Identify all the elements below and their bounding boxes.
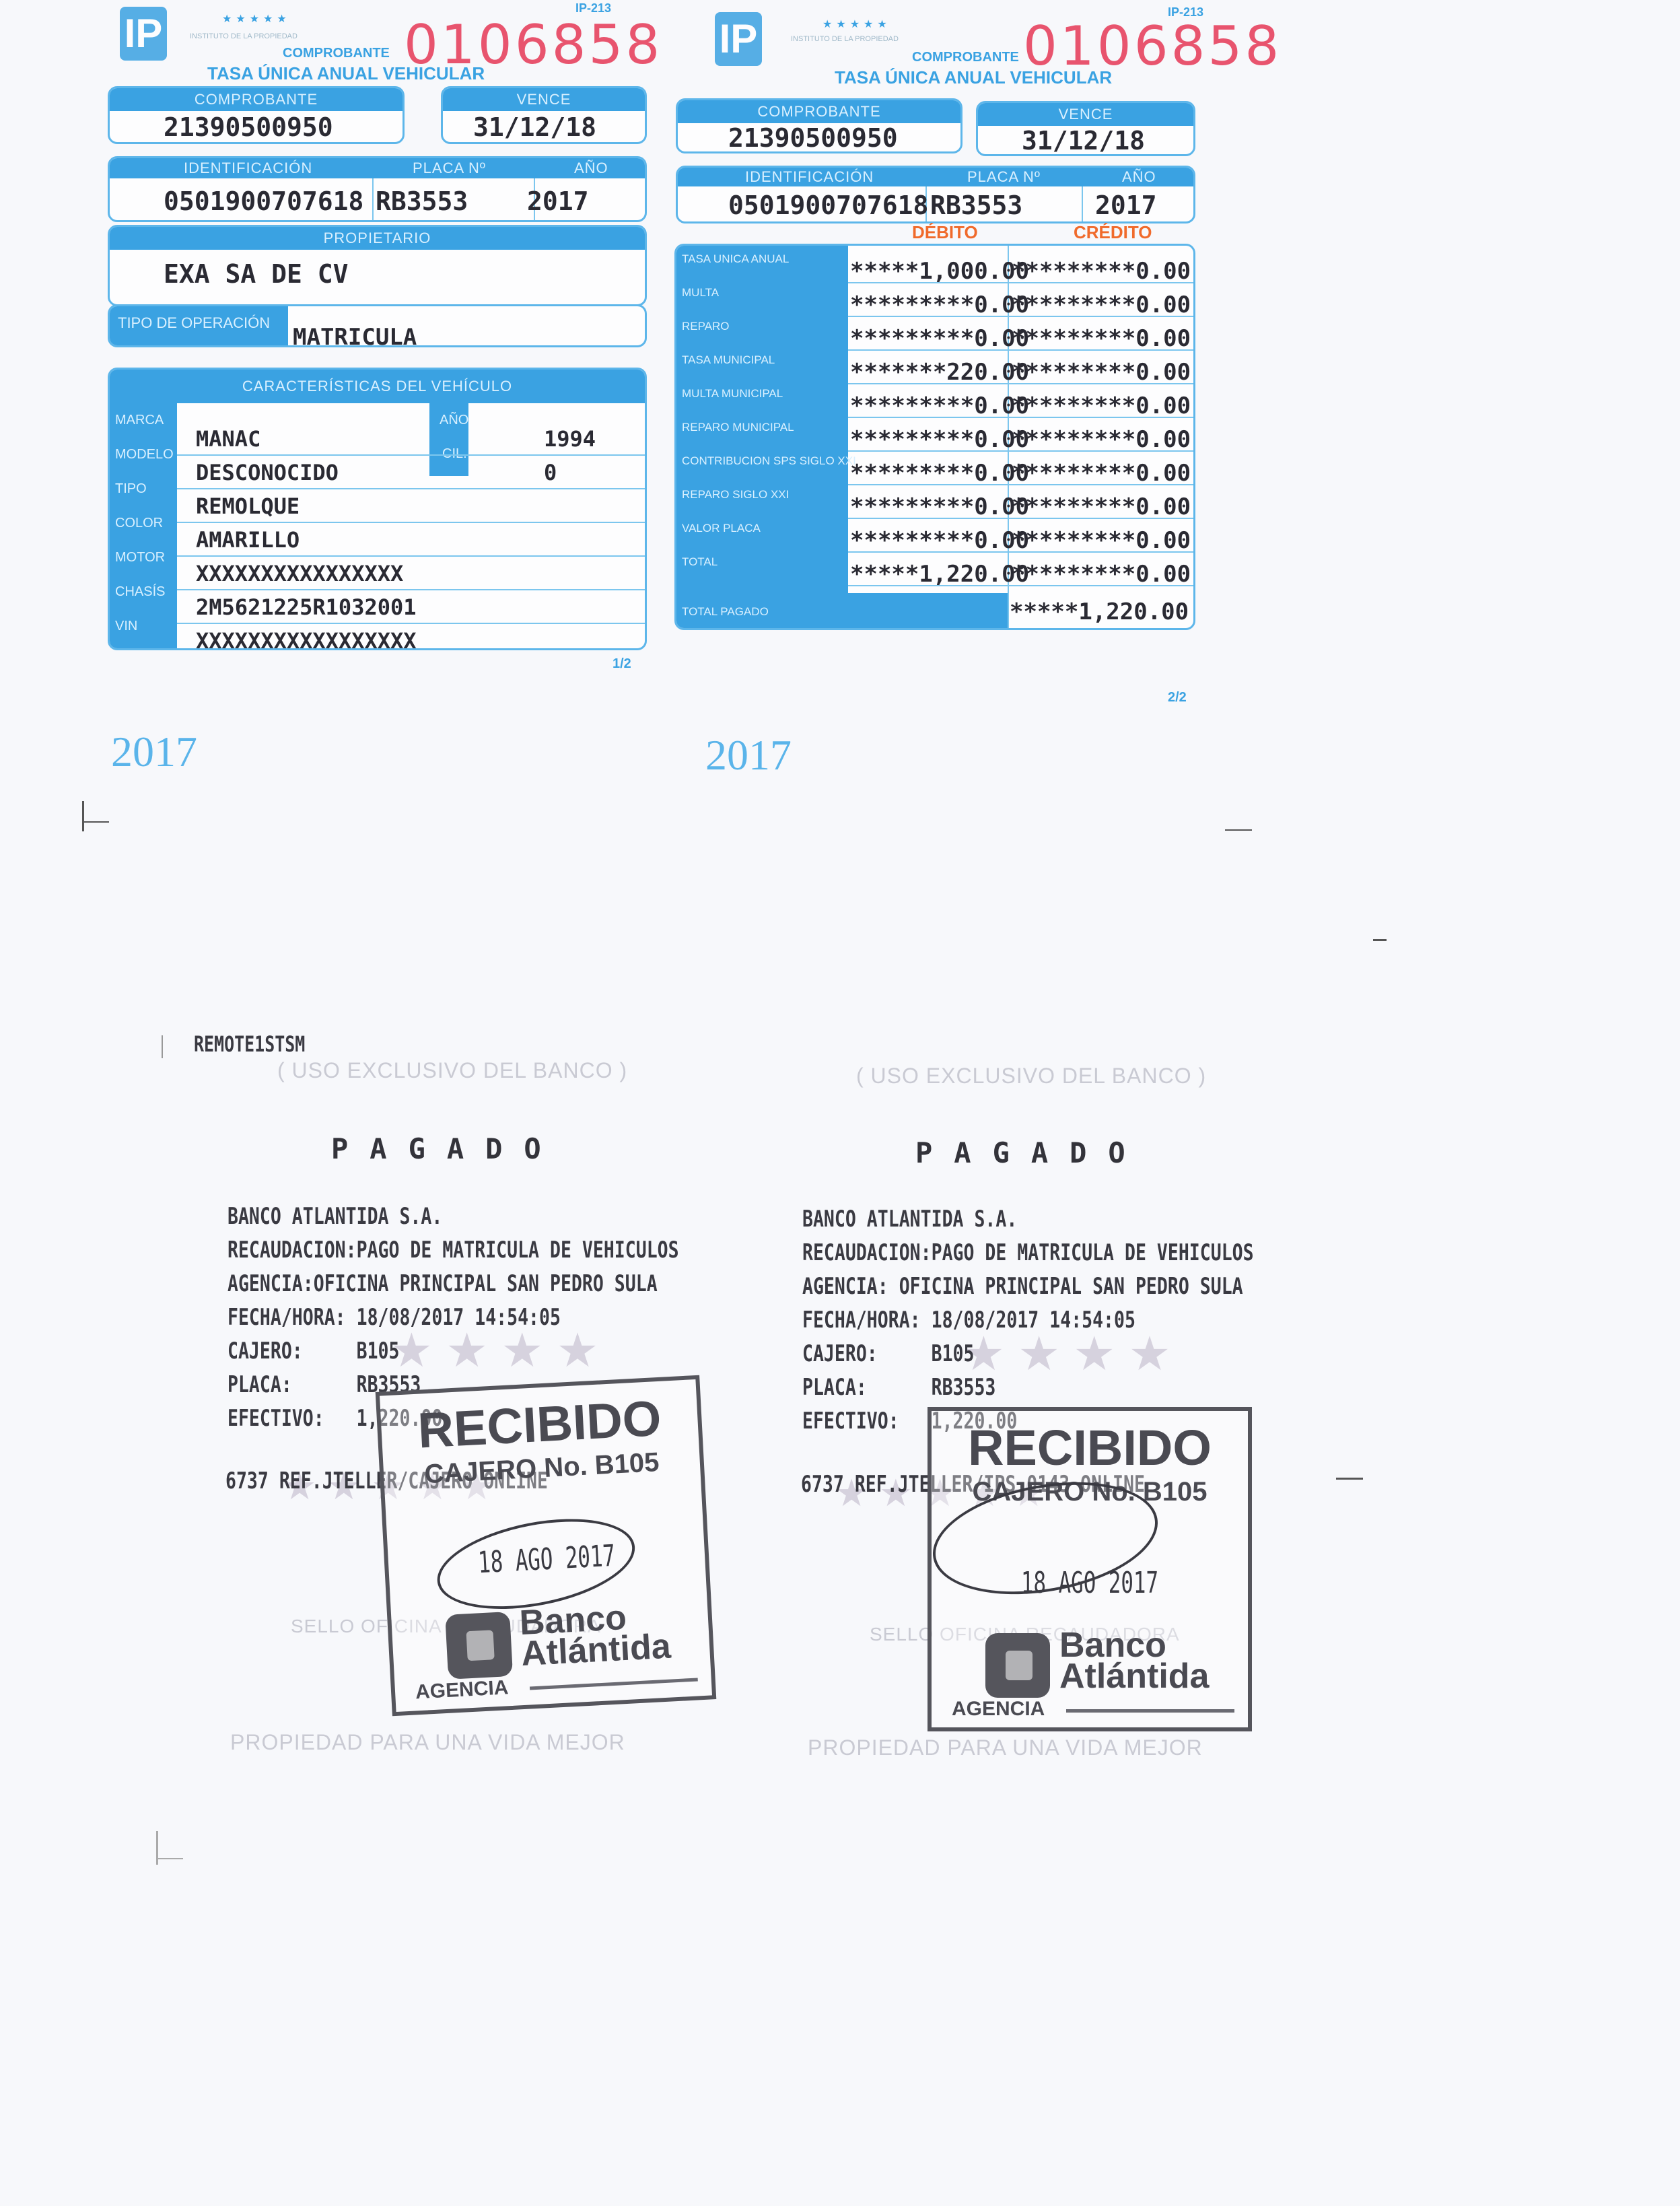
vehicle-field-value: DESCONOCIDO [196, 460, 339, 485]
receipt-line: RECAUDACION:PAGO DE MATRICULA DE VEHICUL… [228, 1233, 679, 1267]
charge-label: VALOR PLACA [682, 522, 761, 535]
vehicle-field-value: AMARILLO [196, 527, 300, 553]
charge-credito: *********0.00 [1012, 359, 1191, 386]
identificacion-label: IDENTIFICACIÓN [184, 158, 312, 178]
institution-subtitle: INSTITUTO DE LA PROPIEDAD [791, 35, 899, 43]
total-pagado-value: *****1,220.00 [1010, 598, 1189, 625]
placa-value: RB3553 [376, 186, 468, 216]
banco-atlantida-logo-icon [445, 1612, 513, 1680]
charge-credito: *********0.00 [1012, 392, 1191, 419]
stamp-title: RECIBIDO [932, 1419, 1248, 1476]
vence-field: VENCE 31/12/18 [441, 86, 647, 144]
year-watermark: 2017 [111, 727, 197, 777]
identificacion-row: IDENTIFICACIÓN PLACA Nº AÑO 050190070761… [108, 156, 647, 222]
charge-debito: *********0.00 [850, 493, 1029, 520]
comprobante-label: COMPROBANTE [912, 50, 1019, 65]
charge-label: TOTAL [682, 555, 717, 569]
vehicle-anio-value: 1994 [544, 426, 596, 452]
vence-field: VENCE 31/12/18 [976, 101, 1195, 156]
charge-label: CONTRIBUCION SPS SIGLO XXI [682, 454, 856, 468]
receipt-line: AGENCIA: OFICINA PRINCIPAL SAN PEDRO SUL… [802, 1270, 1254, 1303]
slogan: PROPIEDAD PARA UNA VIDA MEJOR [230, 1730, 625, 1755]
uso-exclusivo-label: ( USO EXCLUSIVO DEL BANCO ) [277, 1058, 627, 1083]
anio-value: 2017 [1095, 191, 1157, 220]
vence-header: VENCE [978, 103, 1193, 126]
vehicle-cil-value: 0 [544, 460, 557, 485]
terminal-id: REMOTE1STSM [194, 1031, 305, 1057]
ip-logo: IP [715, 12, 762, 66]
comprobante-header: COMPROBANTE [678, 100, 960, 123]
charge-credito: *********0.00 [1012, 258, 1191, 285]
vehicle-field-label: MODELO [115, 447, 174, 462]
recibido-stamp: RECIBIDO CAJERO No. B105 18 AGO 2017 Ban… [376, 1375, 717, 1717]
charge-label: TASA MUNICIPAL [682, 353, 775, 367]
stamp-bank-line2: Atlántida [1059, 1661, 1209, 1692]
placa-value: RB3553 [930, 191, 1022, 220]
vehicle-characteristics: CARACTERÍSTICAS DEL VEHÍCULO AÑO CIL. 19… [108, 368, 647, 650]
vehicle-field-label: MARCA [115, 413, 164, 428]
charge-label: REPARO [682, 320, 730, 333]
charge-debito: *****1,220.00 [850, 561, 1029, 588]
tipo-operacion-field: TIPO DE OPERACIÓN MATRICULA [108, 304, 647, 347]
vehicle-field-value: XXXXXXXXXXXXXXXX [196, 561, 403, 586]
identificacion-value: 0501900707618 [728, 191, 928, 220]
page-number: 1/2 [612, 656, 631, 672]
vehicle-field-label: MOTOR [115, 550, 165, 565]
charge-debito: *********0.00 [850, 392, 1029, 419]
vehicle-field-label: COLOR [115, 516, 163, 531]
debito-label: DÉBITO [912, 222, 978, 243]
placa-label: PLACA Nº [967, 168, 1041, 186]
vence-value: 31/12/18 [1022, 126, 1145, 156]
vehicle-field-label: VIN [115, 619, 137, 634]
total-pagado-label: TOTAL PAGADO [682, 605, 769, 619]
credito-label: CRÉDITO [1074, 222, 1152, 243]
identificacion-header: IDENTIFICACIÓN PLACA Nº AÑO [110, 158, 645, 178]
receipt-line: PLACA: RB3553 [802, 1371, 1254, 1404]
charge-credito: *********0.00 [1012, 426, 1191, 453]
charge-debito: *******220.00 [850, 359, 1029, 386]
comprobante-field: COMPROBANTE 21390500950 [676, 98, 963, 153]
charge-debito: *********0.00 [850, 527, 1029, 554]
recibido-stamp: RECIBIDO CAJERO No. B105 18 AGO 2017 Ban… [928, 1407, 1252, 1731]
vehicle-field-label: CHASÍS [115, 584, 165, 600]
charge-label: REPARO MUNICIPAL [682, 421, 794, 434]
charges-table: TASA UNICA ANUAL*****1,000.00*********0.… [674, 244, 1195, 630]
form-title: TASA ÚNICA ANUAL VEHICULAR [835, 67, 1112, 88]
stamp-agencia: AGENCIA [952, 1698, 1045, 1721]
charge-debito: *********0.00 [850, 291, 1029, 318]
ip-logo: IP [120, 7, 167, 61]
charge-label: REPARO SIGLO XXI [682, 488, 789, 502]
page-number: 2/2 [1168, 690, 1187, 705]
receipt-line: FECHA/HORA: 18/08/2017 14:54:05 [228, 1301, 679, 1334]
receipt-line: RECAUDACION:PAGO DE MATRICULA DE VEHICUL… [802, 1236, 1254, 1270]
vehicle-field-value: XXXXXXXXXXXXXXXXX [196, 628, 417, 650]
pagado-status: PAGADO [915, 1136, 1147, 1169]
stars-icon: ★★★★★ [823, 18, 891, 31]
receipt-line: FECHA/HORA: 18/08/2017 14:54:05 [802, 1303, 1254, 1337]
charge-credito: *********0.00 [1012, 527, 1191, 554]
anio-label: AÑO [1122, 168, 1156, 186]
identificacion-value: 0501900707618 [164, 186, 363, 216]
charge-label: MULTA [682, 286, 719, 300]
vehicle-anio-label: AÑO [440, 413, 468, 428]
stamp-bank-name: Banco Atlántida [519, 1600, 672, 1670]
charge-credito: *********0.00 [1012, 561, 1191, 588]
placa-label: PLACA Nº [413, 158, 486, 178]
vence-value: 31/12/18 [473, 112, 596, 142]
receipt-line: CAJERO: B105 [802, 1337, 1254, 1371]
vehicle-field-label: TIPO [115, 481, 147, 497]
anio-value: 2017 [527, 186, 589, 216]
charge-label: MULTA MUNICIPAL [682, 387, 783, 401]
comprobante-field: COMPROBANTE 21390500950 [108, 86, 405, 144]
identificacion-header: IDENTIFICACIÓN PLACA Nº AÑO [678, 168, 1193, 186]
pagado-status: PAGADO [331, 1132, 563, 1165]
charge-label: TASA UNICA ANUAL [682, 252, 789, 266]
charge-debito: *********0.00 [850, 325, 1029, 352]
stamp-agencia: AGENCIA [415, 1676, 509, 1704]
charge-debito: *********0.00 [850, 426, 1029, 453]
vehicle-field-value: 2M5621225R1032001 [196, 594, 417, 620]
receipt-line: CAJERO: B105 [228, 1334, 679, 1368]
year-watermark: 2017 [705, 730, 792, 780]
receipt-line: AGENCIA:OFICINA PRINCIPAL SAN PEDRO SULA [228, 1267, 679, 1301]
identificacion-row: IDENTIFICACIÓN PLACA Nº AÑO 050190070761… [676, 166, 1195, 223]
anio-label: AÑO [574, 158, 608, 178]
slogan: PROPIEDAD PARA UNA VIDA MEJOR [808, 1735, 1203, 1760]
charge-debito: *****1,000.00 [850, 258, 1029, 285]
charge-credito: *********0.00 [1012, 325, 1191, 352]
tipo-operacion-label: TIPO DE OPERACIÓN [118, 314, 270, 332]
propietario-value: EXA SA DE CV [164, 259, 349, 289]
receipt-lines: BANCO ATLANTIDA S.A.RECAUDACION:PAGO DE … [802, 1202, 1254, 1438]
stamp-bank-line2: Atlántida [520, 1631, 672, 1670]
vehicle-field-value: REMOLQUE [196, 493, 300, 519]
identificacion-label: IDENTIFICACIÓN [745, 168, 874, 186]
vehicle-header: CARACTERÍSTICAS DEL VEHÍCULO [110, 370, 645, 403]
form-title: TASA ÚNICA ANUAL VEHICULAR [207, 63, 485, 84]
vehicle-field-value: MANAC [196, 426, 260, 452]
charge-credito: *********0.00 [1012, 493, 1191, 520]
charge-debito: *********0.00 [850, 460, 1029, 487]
uso-exclusivo-label: ( USO EXCLUSIVO DEL BANCO ) [856, 1064, 1206, 1089]
stamp-bank-name: Banco Atlántida [1059, 1630, 1209, 1692]
tipo-operacion-value: MATRICULA [293, 324, 417, 347]
receipt-line: BANCO ATLANTIDA S.A. [228, 1200, 679, 1233]
propietario-field: PROPIETARIO EXA SA DE CV [108, 225, 647, 306]
comprobante-label: COMPROBANTE [283, 46, 390, 61]
charge-credito: *********0.00 [1012, 291, 1191, 318]
charge-credito: *********0.00 [1012, 460, 1191, 487]
institution-subtitle: INSTITUTO DE LA PROPIEDAD [190, 32, 297, 40]
comprobante-value: 21390500950 [164, 112, 333, 142]
propietario-header: PROPIETARIO [110, 227, 645, 250]
receipt-line: BANCO ATLANTIDA S.A. [802, 1202, 1254, 1236]
comprobante-header: COMPROBANTE [110, 88, 403, 111]
stars-icon: ★★★★★ [222, 12, 291, 26]
comprobante-value: 21390500950 [728, 123, 898, 153]
banco-atlantida-logo-icon [985, 1633, 1050, 1698]
vence-header: VENCE [443, 88, 645, 111]
